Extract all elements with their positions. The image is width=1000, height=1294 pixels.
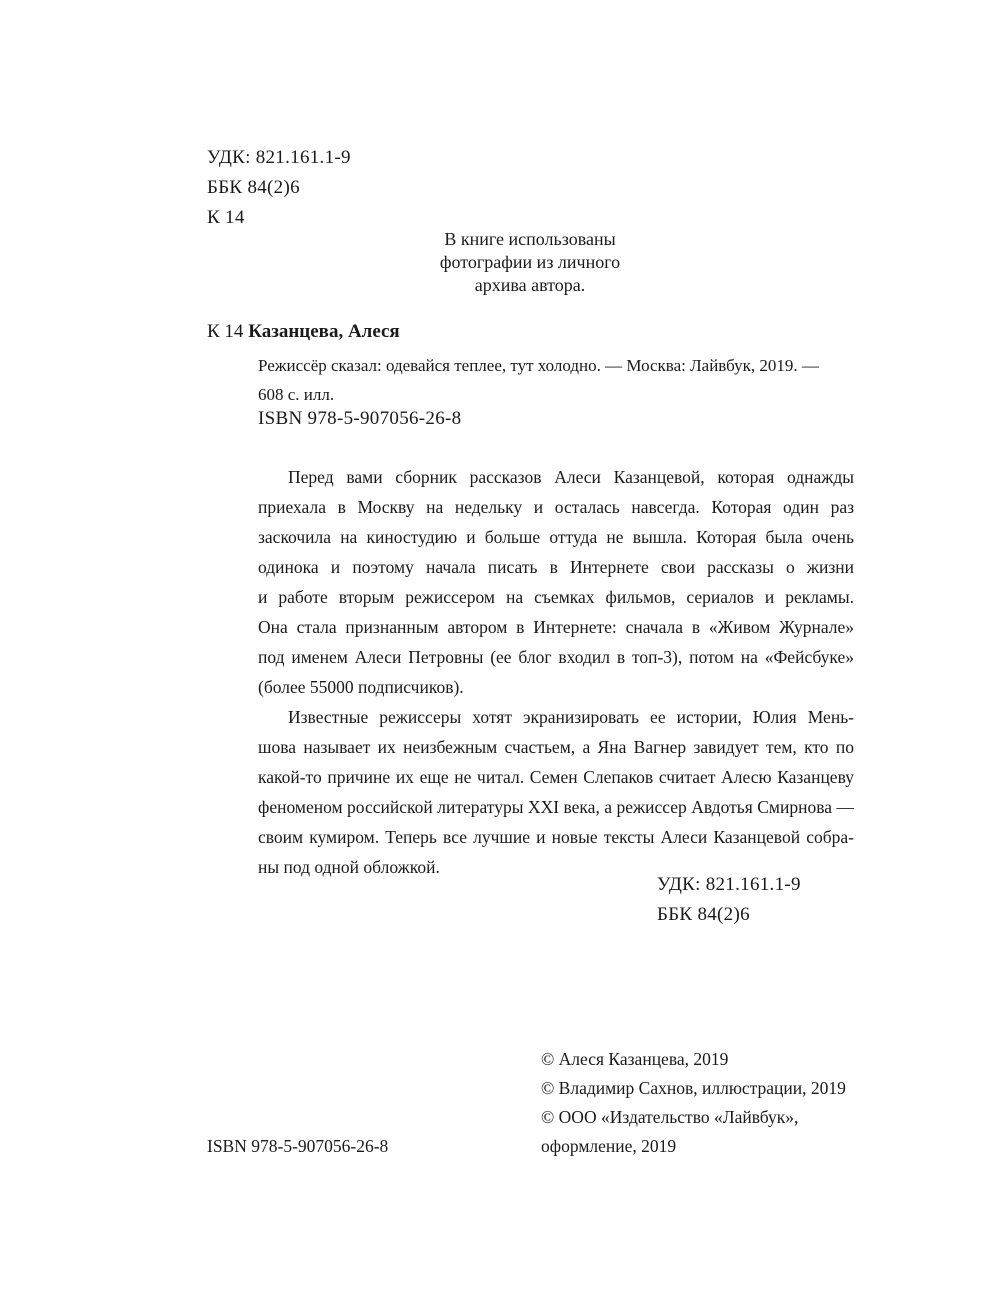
author-name: Казанцева, Алеся [248, 321, 400, 342]
photo-note: В книге использованы фотографии из лично… [380, 228, 680, 297]
copyright-author: © Алеся Казанцева, 2019 [541, 1046, 728, 1072]
isbn-footer: ISBN 978-5-907056-26-8 [207, 1133, 388, 1159]
annotation-line: шова называет их неизбежным счастьем, а … [258, 732, 854, 762]
title-line: Режиссёр сказал: одевайся теплее, тут хо… [258, 356, 819, 376]
annotation-line: заскочила на киностудию и больше оттуда … [258, 522, 854, 552]
annotation-line: и работе вторым режиссером на съемках фи… [258, 582, 854, 612]
photo-note-line: В книге использованы [380, 228, 680, 251]
annotation-line: (более 55000 подписчиков). [258, 672, 854, 702]
udk-code-top: УДК: 821.161.1-9 [207, 148, 351, 167]
annotation-line: одинока и поэтому начала писать в Интерн… [258, 552, 854, 582]
annotation: Перед вами сборник рассказов Алеси Казан… [258, 462, 854, 882]
bbk-code-top: ББК 84(2)6 [207, 178, 300, 197]
annotation-line: приехала в Москву на недельку и осталась… [258, 492, 854, 522]
annotation-line: какой-то причине их еще не читал. Семен … [258, 762, 854, 792]
copyright-illustrations: © Владимир Сахнов, иллюстрации, 2019 [541, 1075, 846, 1101]
annotation-line: Перед вами сборник рассказов Алеси Казан… [258, 462, 854, 492]
bbk-code-bottom: ББК 84(2)6 [657, 905, 750, 924]
author-mark: К 14 [207, 321, 243, 342]
photo-note-line: архива автора. [380, 274, 680, 297]
annotation-line: под именем Алеси Петровны (ее блог входи… [258, 642, 854, 672]
annotation-line: Она стала признанным автором в Интернете… [258, 612, 854, 642]
isbn-entry: ISBN 978-5-907056-26-8 [258, 408, 461, 430]
annotation-line: Известные режиссеры хотят экранизировать… [258, 702, 854, 732]
bibliographic-heading: К 14 Казанцева, Алеся [207, 321, 400, 343]
udk-code-bottom: УДК: 821.161.1-9 [657, 875, 801, 894]
annotation-line: феноменом российской литературы XXI века… [258, 792, 854, 822]
copyright-design: оформление, 2019 [541, 1133, 676, 1159]
annotation-line: своим кумиром. Теперь все лучшие и новые… [258, 822, 854, 852]
pages-line: 608 с. илл. [258, 385, 334, 405]
copyright-publisher: © ООО «Издательство «Лайвбук», [541, 1104, 798, 1130]
photo-note-line: фотографии из личного [380, 251, 680, 274]
author-mark-top: К 14 [207, 208, 245, 227]
